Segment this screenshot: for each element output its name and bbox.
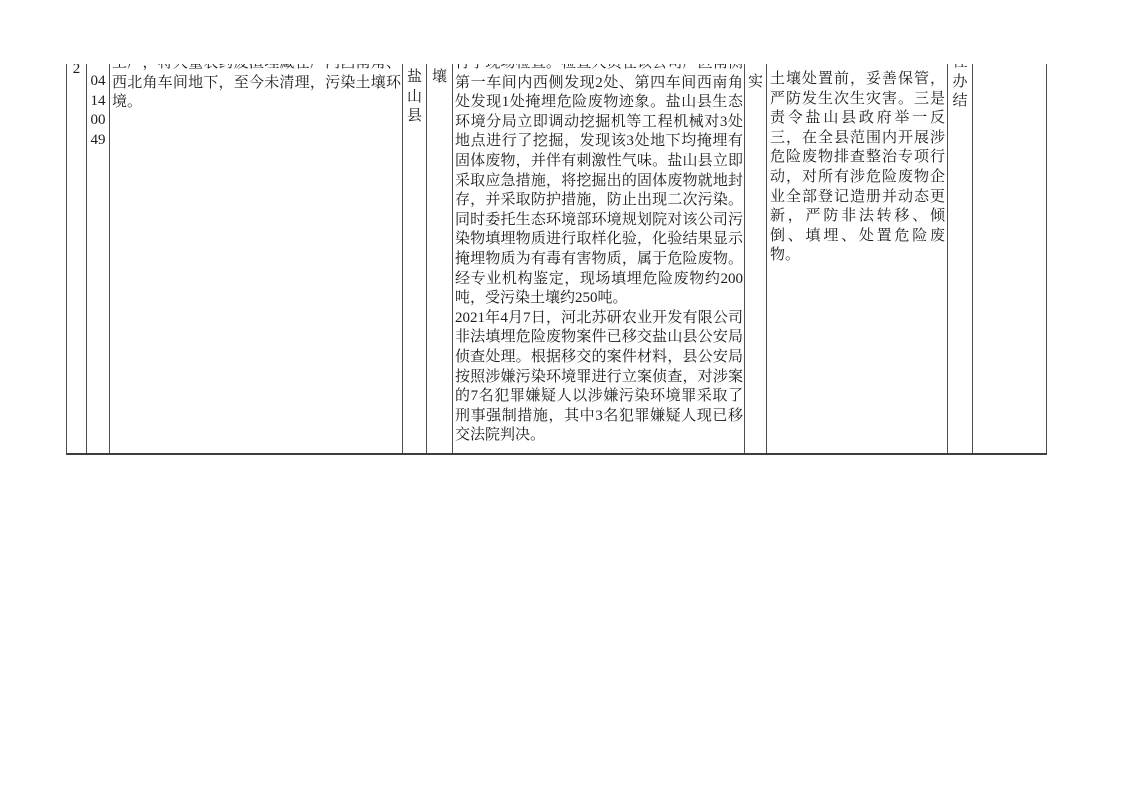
verified-text: 实 [745,64,766,93]
cell-serial: 2 [67,64,87,453]
document-page: { "page": { "background": "#ffffff", "bo… [0,0,1122,793]
report-table: 2 04 14 00 49 工厂，将大量农药废渣埋藏在厂内西南角、西北角车间地下… [66,64,1047,455]
case-number: 04 14 00 49 [87,64,109,150]
pollution-type-text: 壤 [427,64,452,88]
cell-case-number: 04 14 00 49 [87,64,110,453]
cell-pollution-type: 壤 [427,64,453,453]
problem-description-text: 工厂，将大量农药废渣埋藏在厂内西南角、西北角车间地下，至今未清理，污染土壤环境。 [112,64,401,113]
rectification-text: 土壤处置前，妥善保管，严防发生次生灾害。三是责令盐山县政府举一反三，在全县范围内… [770,64,945,266]
investigation-text: 行了现场检查。检查人员在该公司厂区南侧第一车间内西侧发现2处、第四车间西南角处发… [455,64,743,446]
cell-completion-status: 性办结 [948,64,973,453]
cell-rectification: 土壤处置前，妥善保管，严防发生次生灾害。三是责令盐山县政府举一反三，在全县范围内… [767,64,948,453]
cell-region: 盐山县 [403,64,427,453]
cell-investigation: 行了现场检查。检查人员在该公司厂区南侧第一车间内西侧发现2处、第四车间西南角处发… [453,64,745,453]
cell-problem-description: 工厂，将大量农药废渣埋藏在厂内西南角、西北角车间地下，至今未清理，污染土壤环境。 [110,64,403,453]
serial-number: 2 [67,64,86,80]
region-text: 盐山县 [403,64,426,127]
completion-status-text: 性办结 [948,64,972,112]
cell-accountability [973,64,1047,453]
cell-verified: 实 [745,64,767,453]
